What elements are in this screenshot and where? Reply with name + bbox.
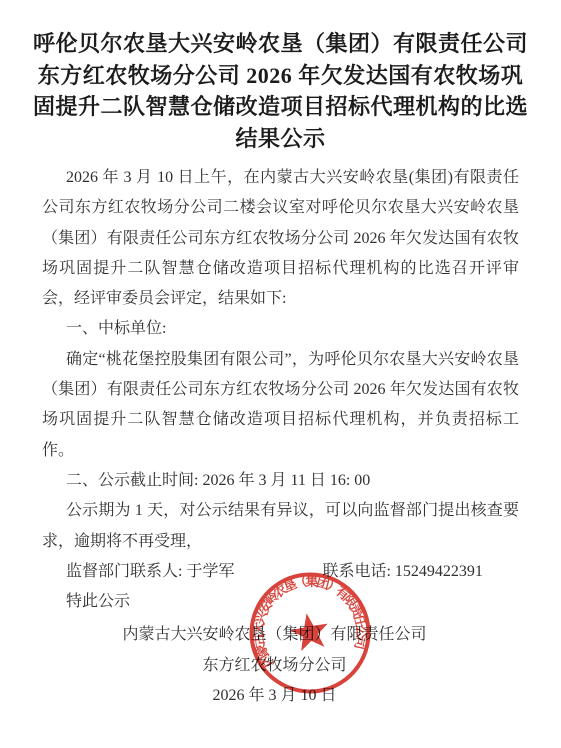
contact-phone: 联系电话: 15249422391 [322, 563, 482, 580]
signature-block: 内蒙古大兴安岭农垦（集团）有限责任公司 东方红农牧场分公司 2026 年 3 月… [27, 620, 522, 711]
signature-company-line2: 东方红农牧场分公司 [27, 651, 522, 681]
signature-date: 2026 年 3 月 10 日 [27, 681, 522, 711]
contact-person: 监督部门联系人: 于学军 [66, 563, 234, 580]
paragraph-intro: 2026 年 3 月 10 日上午，在内蒙古大兴安岭农垦(集团)有限责任公司东方… [42, 163, 519, 314]
section-2-heading: 二、公示截止时间: 2026 年 3 月 11 日 16: 00 [42, 466, 519, 496]
section-1-heading: 一、中标单位: [42, 314, 519, 344]
contact-line: 监督部门联系人: 于学军 联系电话: 15249422391 [42, 557, 519, 587]
section-1-body: 确定“桃花堡控股集团有限公司”，为呼伦贝尔农垦大兴安岭农垦（集团）有限责任公司东… [42, 345, 519, 466]
document-title: 呼伦贝尔农垦大兴安岭农垦（集团）有限责任公司东方红农牧场分公司 2026 年欠发… [33, 28, 528, 154]
paragraph-closing: 特此公示 [42, 587, 519, 617]
document-body: 2026 年 3 月 10 日上午，在内蒙古大兴安岭农垦(集团)有限责任公司东方… [42, 163, 519, 617]
document-page: 呼伦贝尔农垦大兴安岭农垦（集团）有限责任公司东方红农牧场分公司 2026 年欠发… [0, 0, 561, 748]
paragraph-objection-note: 公示期为 1 天，对公示结果有异议，可以向监督部门提出核查要求，逾期将不再受理， [42, 496, 519, 557]
signature-company-line1: 内蒙古大兴安岭农垦（集团）有限责任公司 [27, 620, 522, 650]
